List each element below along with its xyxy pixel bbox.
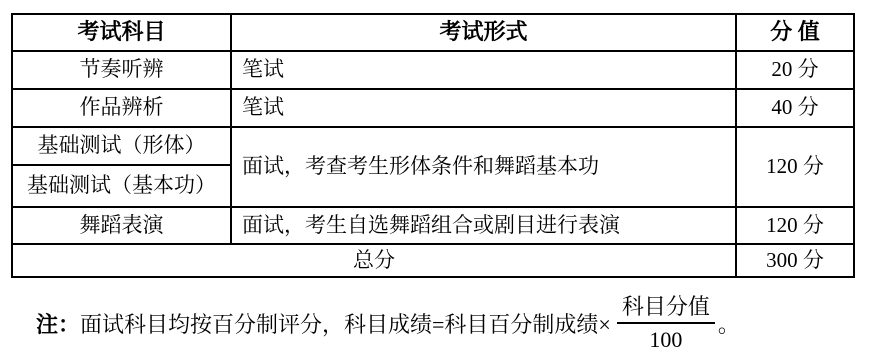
format-cell-merged: 面试，考查考生形体条件和舞蹈基本功 bbox=[231, 127, 736, 207]
footnote-text: 面试科目均按百分制评分，科目成绩=科目百分制成绩× bbox=[80, 308, 611, 339]
table-row-rhythm: 节奏听辨 笔试 20 分 bbox=[12, 51, 854, 89]
subject-cell: 基础测试（形体） bbox=[12, 127, 231, 165]
score-fraction: 科目分值100 bbox=[617, 294, 715, 353]
table-row-dance-performance: 舞蹈表演 面试，考生自选舞蹈组合或剧目进行表演 120 分 bbox=[12, 207, 854, 244]
header-exam-format: 考试形式 bbox=[231, 14, 736, 51]
total-label-cell: 总分 bbox=[12, 244, 736, 277]
score-cell: 20 分 bbox=[736, 51, 854, 89]
score-cell: 120 分 bbox=[736, 207, 854, 244]
format-cell: 笔试 bbox=[231, 89, 736, 127]
header-exam-subject: 考试科目 bbox=[12, 14, 231, 51]
score-cell-merged: 120 分 bbox=[736, 127, 854, 207]
footnote-label: 注： bbox=[36, 308, 80, 339]
subject-cell: 舞蹈表演 bbox=[12, 207, 231, 244]
subject-cell: 作品辨析 bbox=[12, 89, 231, 127]
fraction-numerator: 科目分值 bbox=[617, 294, 715, 324]
format-cell: 面试，考生自选舞蹈组合或剧目进行表演 bbox=[231, 207, 736, 244]
table-row-basic-test-body: 基础测试（形体） 面试，考查考生形体条件和舞蹈基本功 120 分 bbox=[12, 127, 854, 165]
footnote-period: 。 bbox=[718, 308, 740, 339]
header-score: 分 值 bbox=[736, 14, 854, 51]
subject-cell: 基础测试（基本功） bbox=[12, 165, 231, 207]
subject-cell: 节奏听辨 bbox=[12, 51, 231, 89]
fraction-denominator: 100 bbox=[649, 324, 682, 352]
format-cell: 笔试 bbox=[231, 51, 736, 89]
footnote: 注：面试科目均按百分制评分，科目成绩=科目百分制成绩×科目分值100。 bbox=[36, 291, 740, 355]
table-row-work-analysis: 作品辨析 笔试 40 分 bbox=[12, 89, 854, 127]
table-row-total: 总分 300 分 bbox=[12, 244, 854, 277]
exam-score-table: 考试科目 考试形式 分 值 节奏听辨 笔试 20 分 作品辨析 笔试 40 分 … bbox=[11, 13, 855, 278]
table-header-row: 考试科目 考试形式 分 值 bbox=[12, 14, 854, 51]
score-cell: 40 分 bbox=[736, 89, 854, 127]
total-score-cell: 300 分 bbox=[736, 244, 854, 277]
document-page: 考试科目 考试形式 分 值 节奏听辨 笔试 20 分 作品辨析 笔试 40 分 … bbox=[0, 0, 890, 362]
